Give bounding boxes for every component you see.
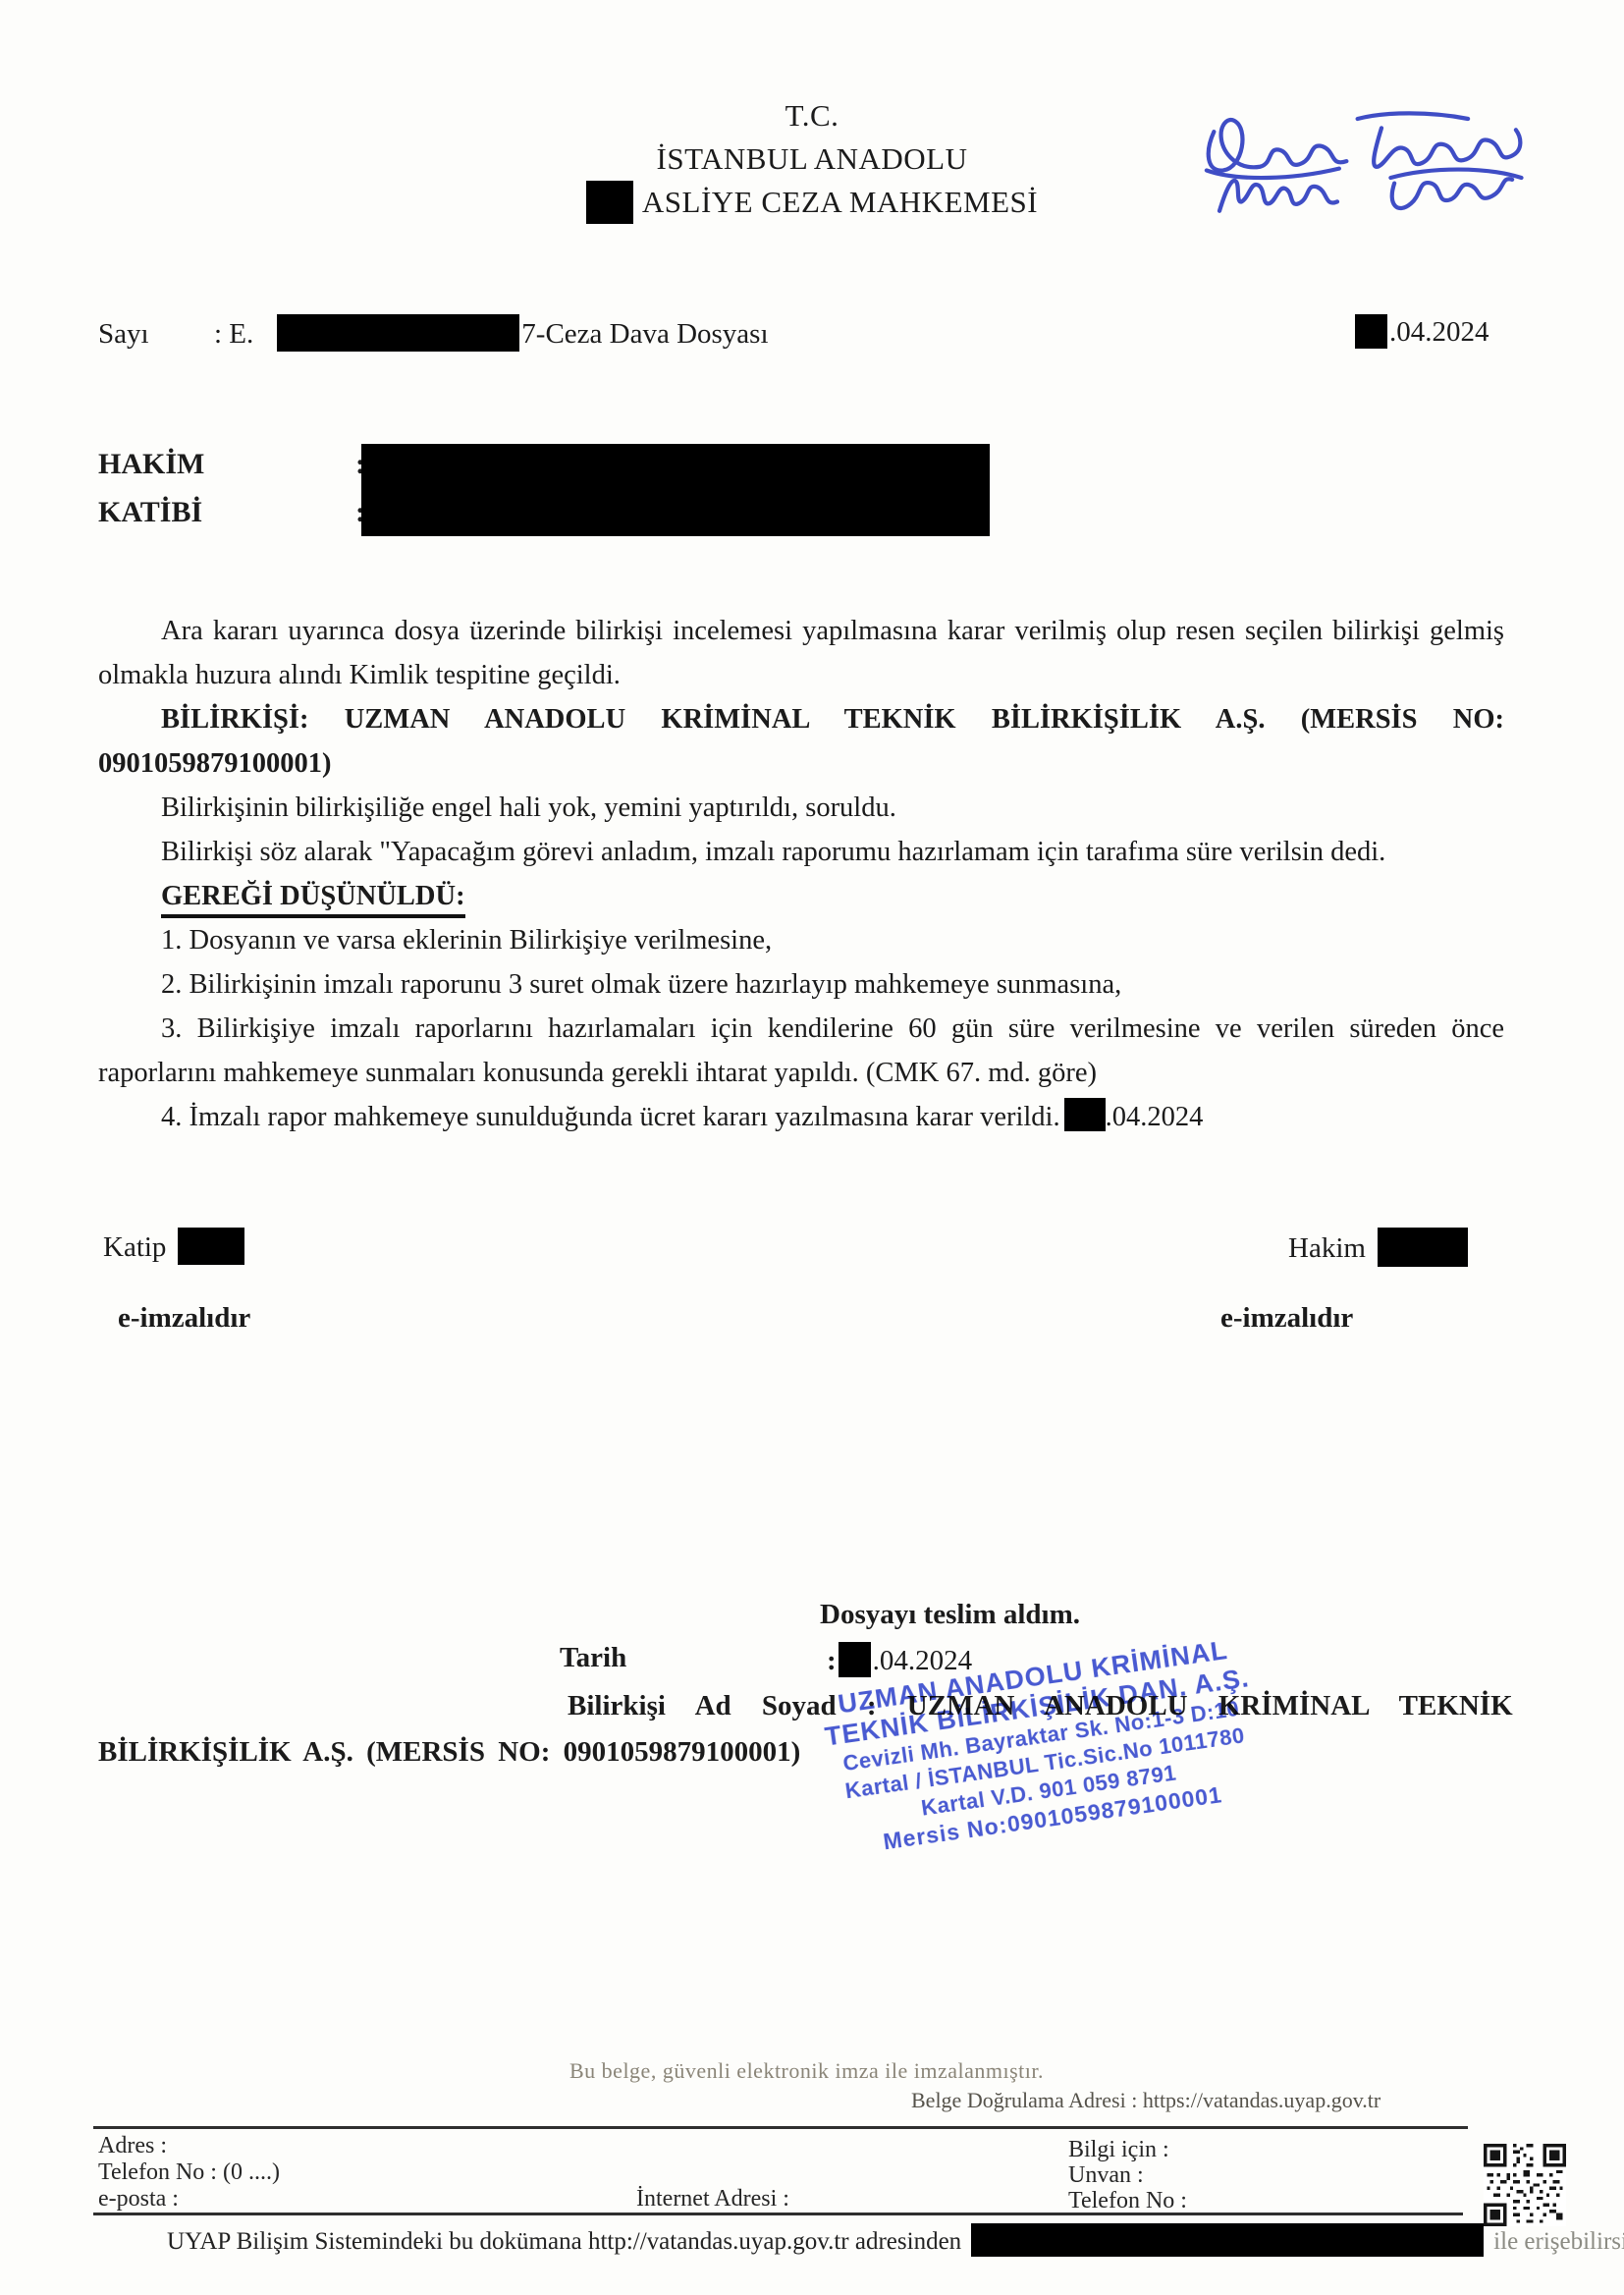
document-date-text: .04.2024 [1389,316,1489,348]
footer-title-label: Unvan : [1068,2162,1144,2189]
clerk-signature-label: Katip [103,1231,166,1263]
handwriting-stroke [1374,128,1520,167]
footer-phone2-label: Telefon No : [1068,2188,1187,2214]
footer-phone-label: Telefon No : (0 ....) [98,2159,280,2186]
decision-body: Ara kararı uyarınca dosya üzerinde bilir… [98,609,1504,1139]
footer-divider-top [93,2126,1468,2129]
expert-name-paragraph: Bilirkişi Ad Soyad : UZMAN ANADOLU KRİMİ… [98,1683,1508,1776]
judge-signature-row: Hakim [1288,1228,1468,1267]
handwriting-stroke [1358,113,1469,119]
esign-validity-note: Bu belge, güvenli elektronik imza ile im… [569,2058,1044,2084]
paragraph-expert: BİLİRKİŞİ: UZMAN ANADOLU KRİMİNAL TEKNİK… [98,697,1504,786]
handwriting-stroke [1392,179,1512,208]
case-number-label: Sayı [98,318,214,351]
decision-item-2: 2. Bilirkişinin imzalı raporunu 3 suret … [98,962,1504,1007]
handwriting-stroke [1219,181,1337,211]
redaction-day [1355,314,1387,349]
section-heading: GEREĞİ DÜŞÜNÜLDÜ: [98,874,1504,918]
redaction-court-number [586,181,633,224]
paragraph-statement: Bilirkişi söz alarak "Yapacağım görevi a… [98,830,1504,874]
redaction-judge-name [1378,1228,1468,1267]
delivery-date-label: Tarih [560,1642,626,1674]
case-number-suffix: 7-Ceza Dava Dosyası [521,318,768,350]
footer-internet-label: İnternet Adresi : [636,2186,789,2213]
redaction-access-code [971,2223,1484,2257]
delivery-date-colon: : [827,1645,837,1676]
decision-item-1: 1. Dosyanın ve varsa eklerinin Bilirkişi… [98,918,1504,962]
verification-address: Belge Doğrulama Adresi : https://vatanda… [911,2088,1380,2113]
redaction-delivery-day [839,1642,871,1677]
handwriting-stroke [1209,120,1347,171]
officials-block: HAKİM: KATİBİ: [98,440,365,536]
footer-divider-bottom [93,2213,1463,2215]
esign-right: e-imzalıdır [1220,1302,1353,1335]
paragraph-oath: Bilirkişinin bilirkişiliğe engel hali yo… [98,786,1504,830]
qr-code-icon [1484,2144,1566,2226]
judge-row: HAKİM: [98,440,365,488]
expert-name-line2: BİLİRKİŞİLİK A.Ş. (MERSİS NO: 0901059879… [98,1729,1508,1776]
uyap-access-suffix: ile erişebilirsiniz [1493,2228,1624,2255]
clerk-label: KATİBİ [98,488,355,536]
delivery-date-value: :.04.2024 [827,1642,972,1677]
footer-address-label: Adres : [98,2133,167,2159]
document-date: .04.2024 [1355,314,1489,349]
footer-info-label: Bilgi için : [1068,2137,1169,2163]
decision-item-4: 4. İmzalı rapor mahkemeye sunulduğunda ü… [98,1095,1504,1139]
redaction-clerk-name [178,1228,244,1265]
footer-email-label: e-posta : [98,2186,179,2213]
case-number-row: Sayı: E.7-Ceza Dava Dosyası [98,314,769,352]
judge-label: HAKİM [98,440,355,488]
uyap-access-prefix: UYAP Bilişim Sistemindeki bu dokümana ht… [167,2228,961,2255]
header-court-name: ASLİYE CEZA MAHKEMESİ [642,181,1038,224]
redaction-officials-names [361,444,990,536]
decision-item-3: 3. Bilirkişiye imzalı raporlarını hazırl… [98,1007,1504,1095]
handwriting-stroke [1390,170,1521,178]
case-number-prefix: : E. [214,318,253,350]
redaction-decision-day [1064,1098,1106,1131]
delivery-date-text: .04.2024 [873,1645,973,1676]
esign-left: e-imzalıdır [118,1302,250,1335]
clerk-signature-row: Katip [103,1228,244,1265]
judge-signature-label: Hakim [1288,1232,1366,1264]
expert-name-line1: Bilirkişi Ad Soyad : UZMAN ANADOLU KRİMİ… [98,1683,1508,1729]
uyap-access-line: UYAP Bilişim Sistemindeki bu dokümana ht… [167,2223,1624,2257]
delivery-title: Dosyayı teslim aldım. [820,1599,1080,1631]
paragraph-intro: Ara kararı uyarınca dosya üzerinde bilir… [98,609,1504,697]
handwritten-note [1194,75,1540,222]
redaction-case-number [277,314,519,352]
clerk-row: KATİBİ: [98,488,365,536]
scanned-court-document: T.C. İSTANBUL ANADOLU ASLİYE CEZA MAHKEM… [0,0,1624,2295]
